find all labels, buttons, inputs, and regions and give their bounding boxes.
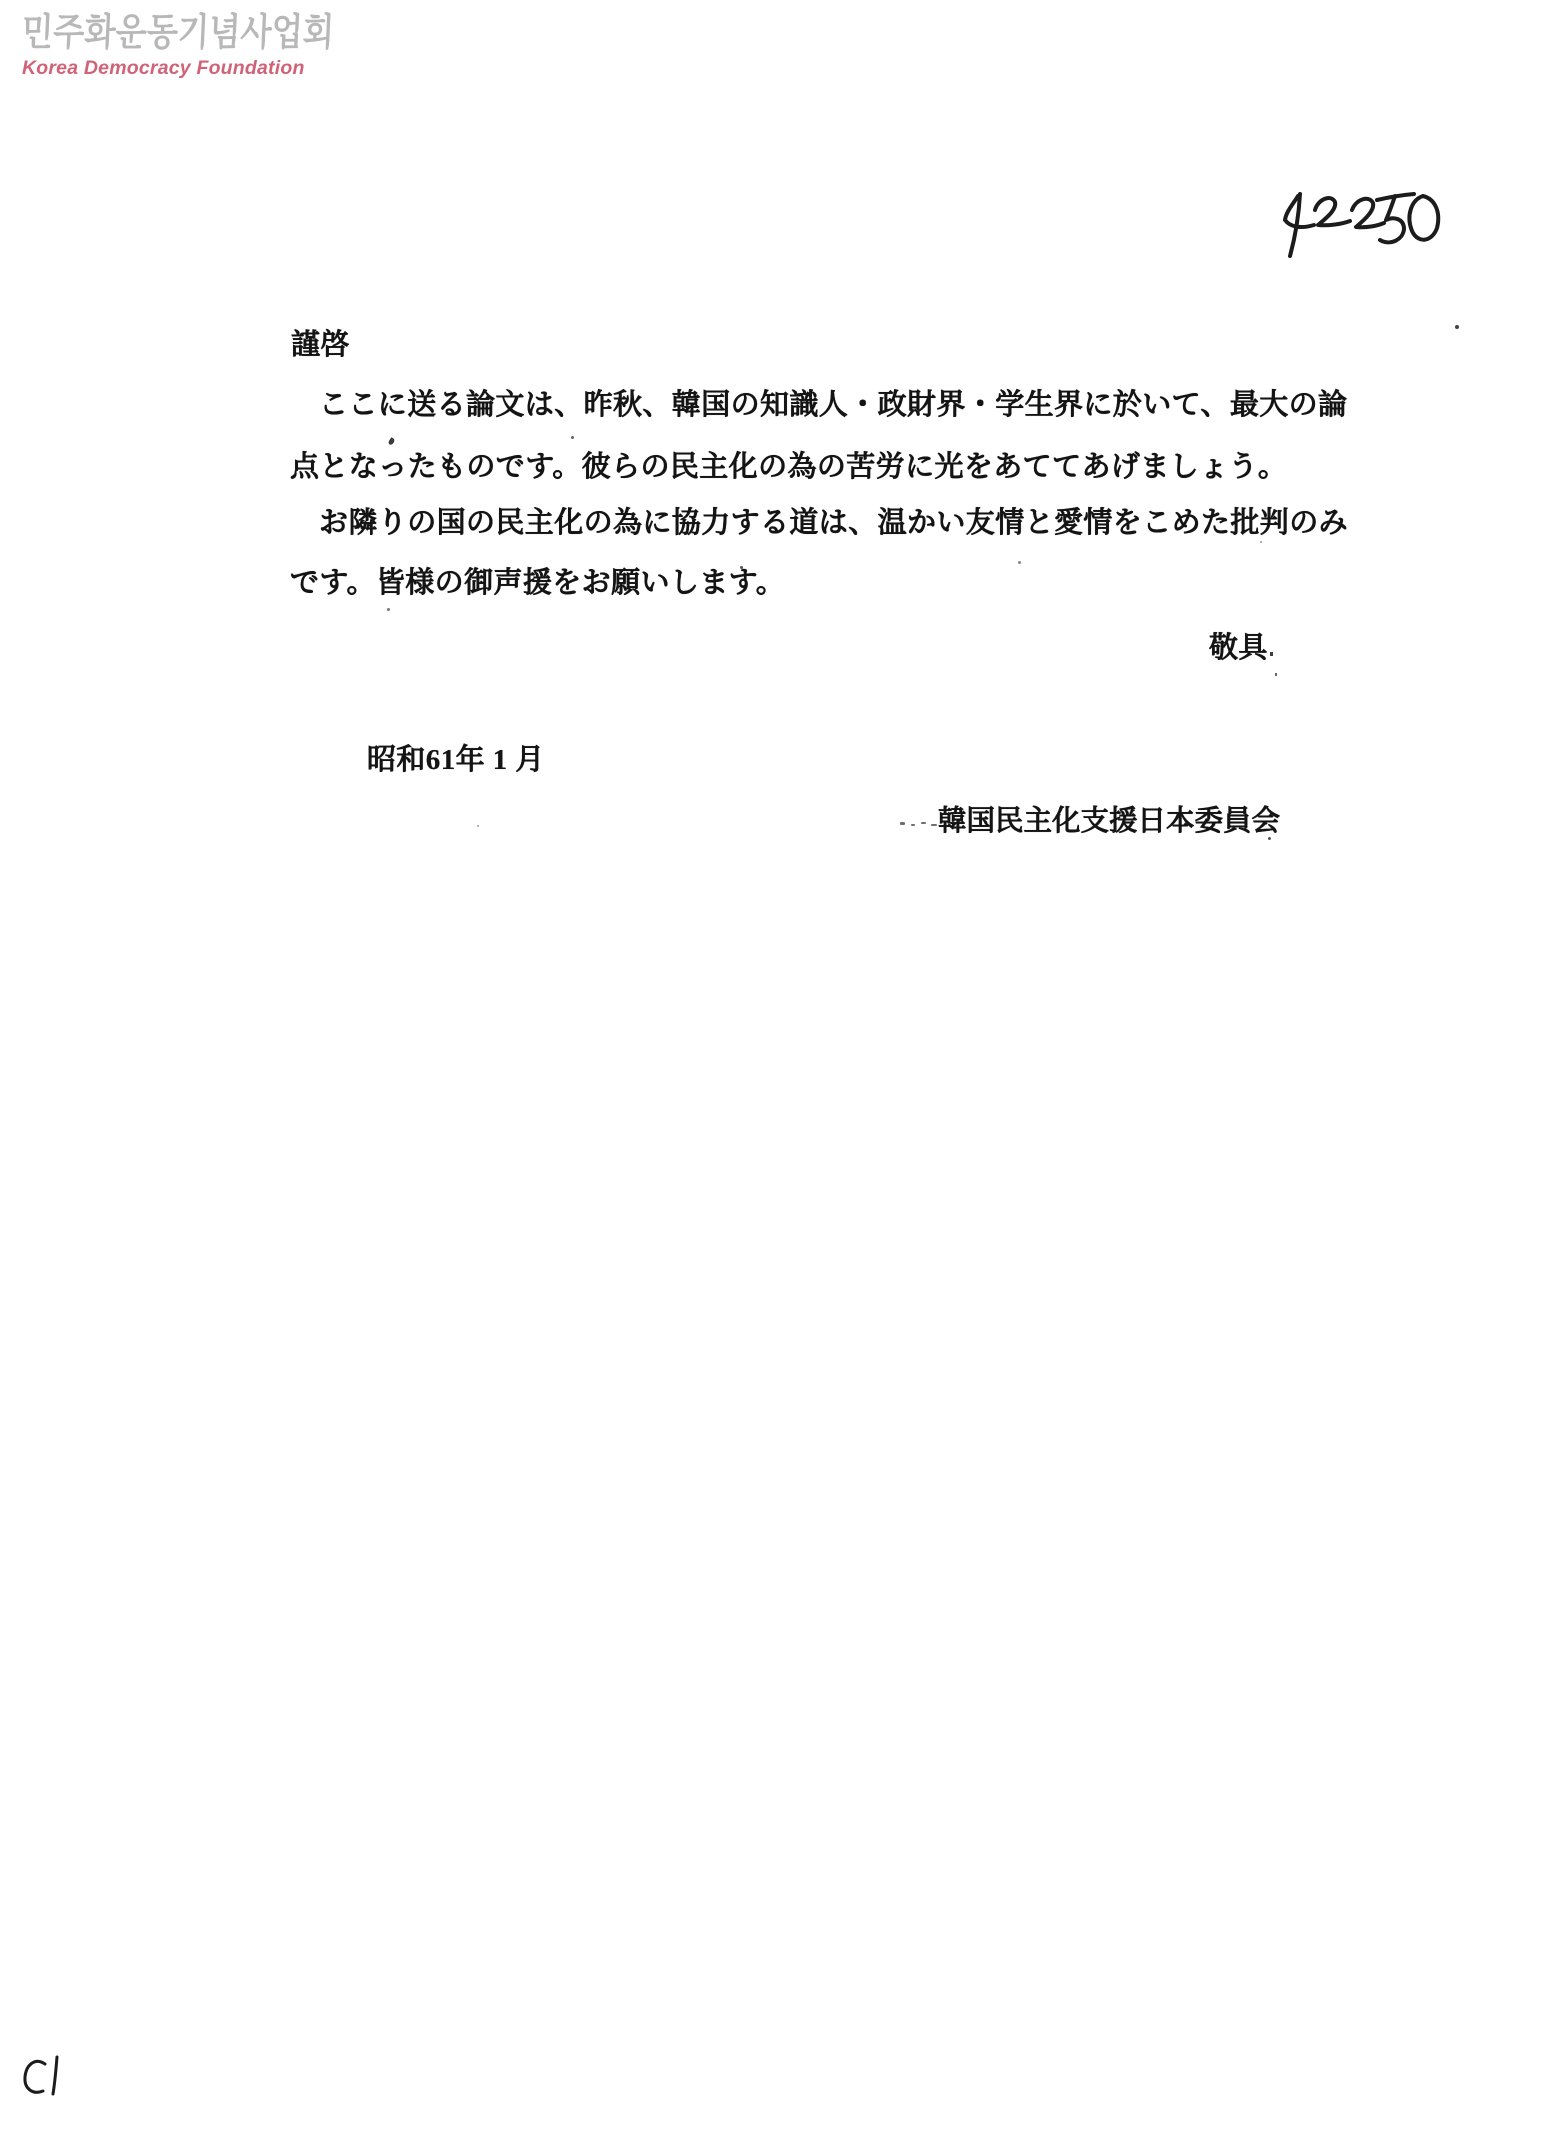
letter-line-2: 点となったものです。彼らの民主化の為の苦労に光をあててあげましょう。	[290, 450, 1287, 484]
letter-closing: 敬具	[1209, 631, 1268, 665]
letter-sender: 韓国民主化支援日本委員会	[938, 805, 1280, 839]
handwritten-doc-number: 42250	[1273, 182, 1445, 266]
scan-artifact	[900, 822, 905, 825]
scan-artifact	[921, 822, 926, 824]
letter-date: 昭和61年 1 月	[367, 743, 545, 777]
letter-salutation: 謹啓	[291, 328, 350, 362]
scan-artifact	[931, 824, 937, 826]
scan-artifact	[1268, 837, 1271, 840]
scan-artifact	[1018, 561, 1021, 564]
scan-artifact	[1455, 325, 1459, 329]
foundation-logo-english: Korea Democracy Foundation	[22, 58, 389, 78]
scan-artifact	[387, 437, 395, 446]
scan-artifact	[740, 566, 743, 569]
scan-artifact	[477, 825, 479, 827]
letter-line-1: ここに送る論文は、昨秋、韓国の知識人・政財界・学生界に於いて、最大の論	[290, 388, 1347, 422]
scan-artifact	[387, 608, 390, 611]
scan-artifact	[1275, 673, 1277, 676]
scan-artifact	[571, 436, 574, 439]
handwritten-corner-mark: Cl	[20, 2044, 80, 2108]
handwriting-strokes-icon	[1273, 182, 1445, 266]
scan-artifact	[911, 824, 915, 826]
foundation-logo-korean: 민주화운동기념사업회	[21, 10, 335, 54]
foundation-logo: 민주화운동기념사업회 Korea Democracy Foundation	[22, 10, 389, 78]
scan-artifact	[1260, 541, 1262, 543]
letter-line-3: お隣りの国の民主化の為に協力する道は、温かい友情と愛情をこめた批判のみ	[290, 506, 1348, 540]
scan-artifact	[1270, 652, 1273, 656]
handwriting-strokes-icon	[20, 2044, 80, 2108]
scanned-letter-page: 민주화운동기념사업회 Korea Democracy Foundation 42…	[0, 0, 1548, 2153]
letter-line-4: です。皆様の御声援をお願いします。	[290, 566, 785, 600]
